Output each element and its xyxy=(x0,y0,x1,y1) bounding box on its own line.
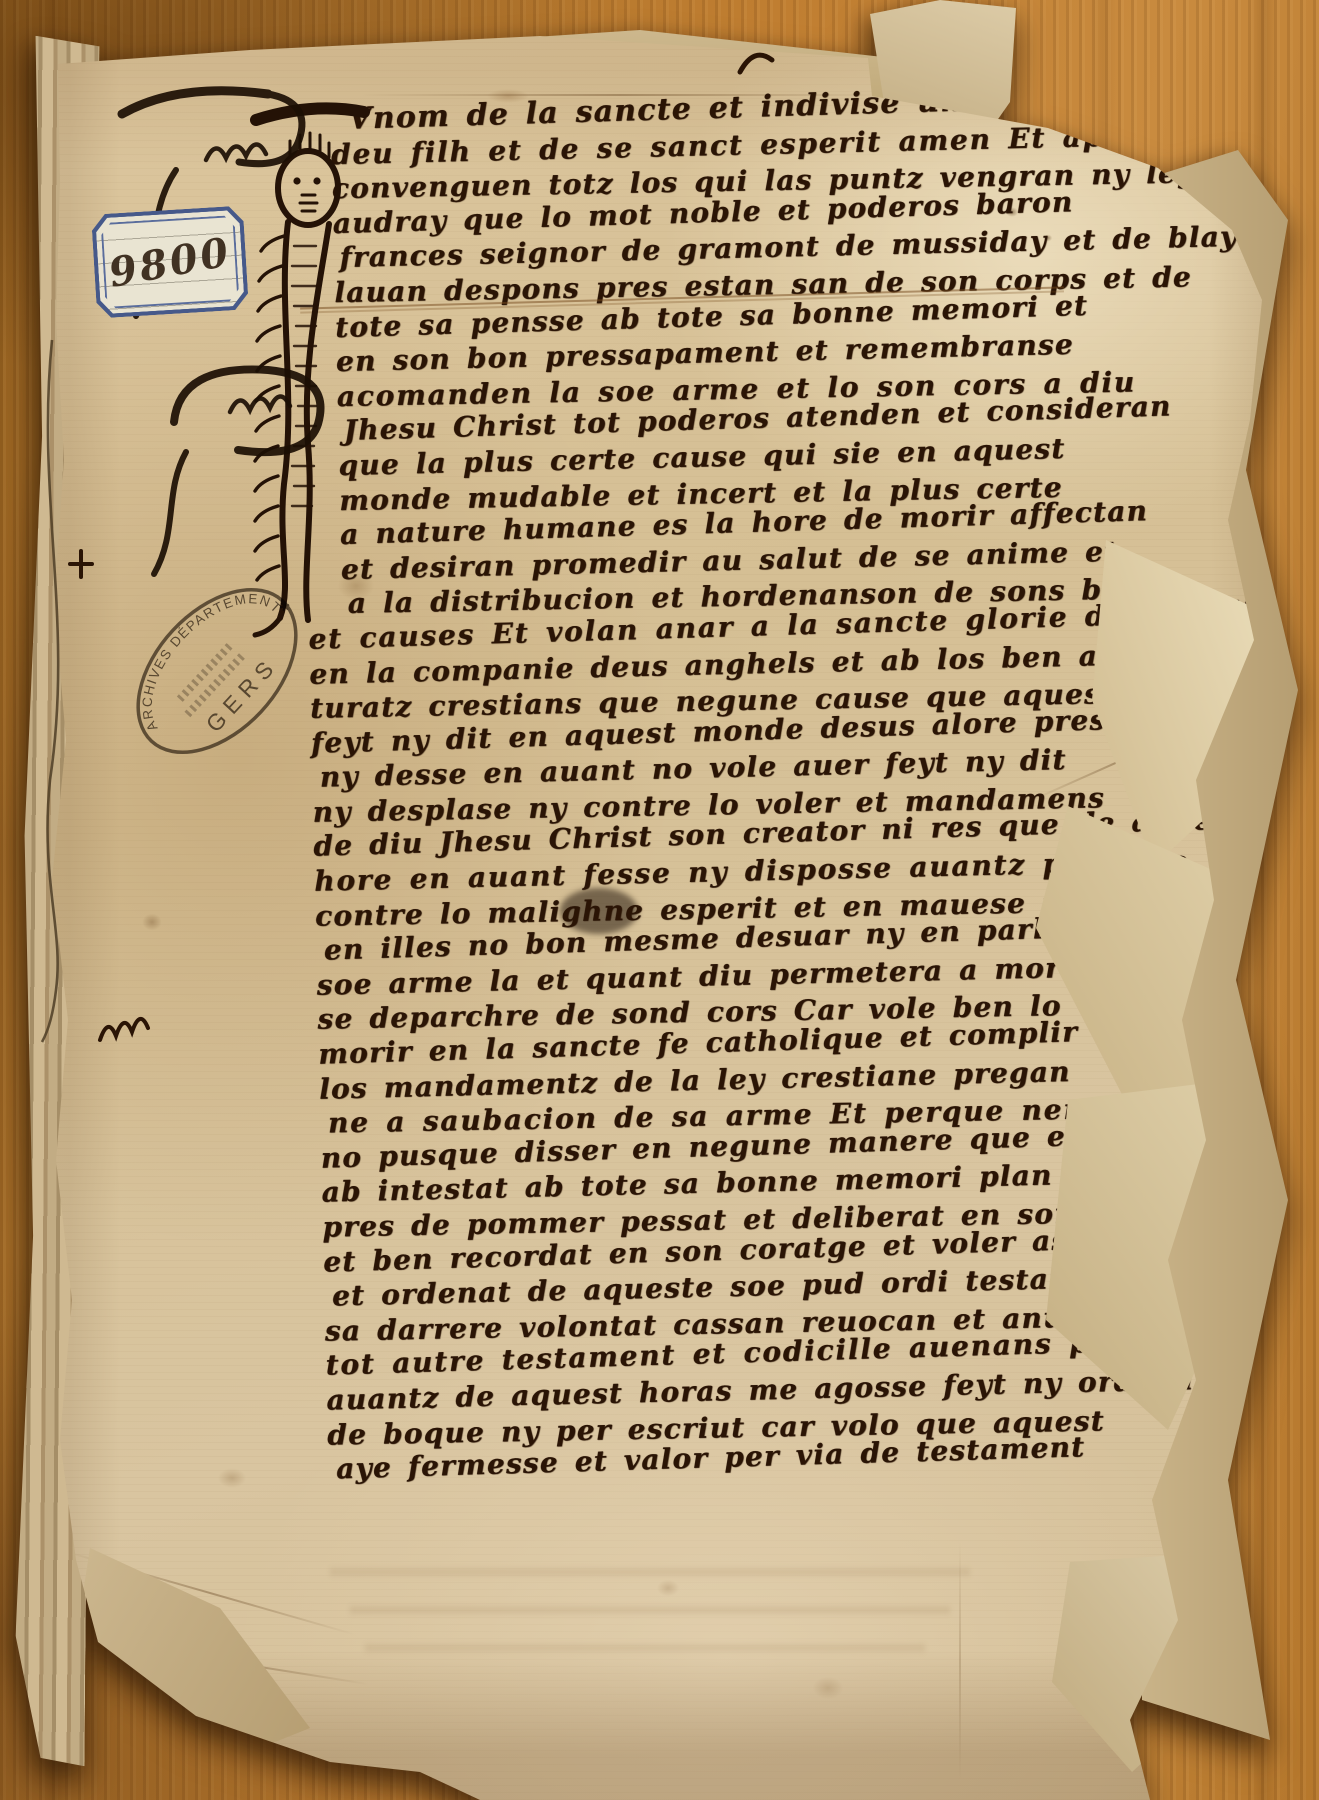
margin-cross-mark xyxy=(62,540,100,586)
paper-bundle: Vnom de la sancte et indivise unitat deu… xyxy=(0,0,1319,1800)
manuscript-page: Vnom de la sancte et indivise unitat deu… xyxy=(0,0,1319,1800)
show-through-text xyxy=(365,1642,925,1654)
show-through-text xyxy=(330,1566,970,1578)
manuscript-photo: Vnom de la sancte et indivise unitat deu… xyxy=(0,0,1319,1800)
stray-ink-mark xyxy=(1082,34,1128,88)
archival-number-label: 9800 xyxy=(91,205,249,318)
stamp-center-text: GERS xyxy=(201,651,284,737)
show-through-text xyxy=(350,1604,950,1616)
margin-squiggle-mark xyxy=(92,998,164,1060)
oval-archive-stamp: ARCHIVES DÉPARTEMENTALES ✱ GERS xyxy=(112,566,322,776)
paper-crease xyxy=(959,1541,961,1781)
folded-corner-bottom-left xyxy=(60,1548,320,1783)
